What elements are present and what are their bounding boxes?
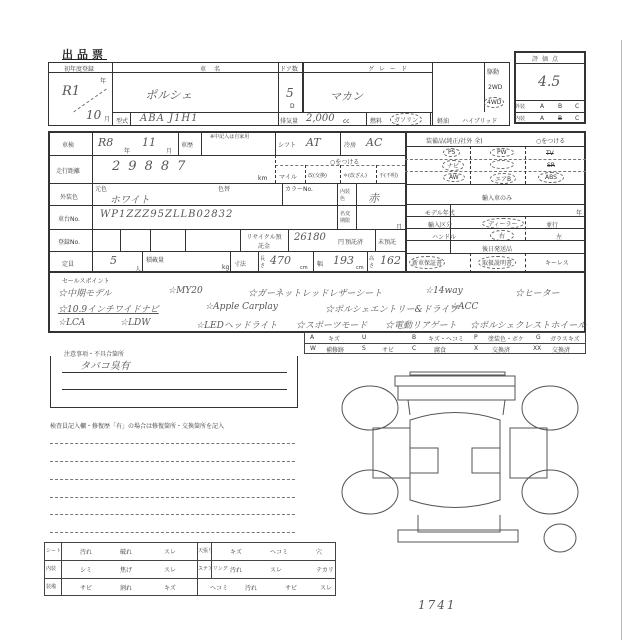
- dimensions-label: 寸法: [234, 259, 246, 268]
- interior-cell: スレ: [164, 547, 176, 556]
- legend-desc-x: 交換済: [492, 345, 510, 354]
- interior-cell: 汚れ: [245, 583, 257, 592]
- interior-cell: キズ: [164, 583, 176, 592]
- drive-2wd: 2WD: [488, 84, 502, 91]
- doors-value: 5: [286, 86, 294, 100]
- legend-desc-a: キズ: [328, 334, 340, 343]
- interior-row-seat-label: シート: [46, 547, 61, 554]
- interior-cell: シミ: [80, 565, 92, 574]
- sales-point-14: ☆電動リアゲート: [385, 318, 457, 331]
- interior-cell: テカリ: [316, 565, 334, 574]
- year-label: 年: [100, 76, 106, 85]
- import-only-header: 輸入車のみ: [482, 193, 512, 202]
- interior-cell: スレ: [320, 583, 332, 592]
- ext-grade-c: C: [575, 103, 579, 110]
- legend-code-a: A: [310, 334, 314, 341]
- equip-abs: ABS: [538, 172, 564, 183]
- height-value: 162: [380, 254, 401, 267]
- exterior-color-value: ホワイト: [110, 191, 150, 206]
- sales-point-9: ☆ACC: [450, 302, 478, 312]
- accessory-manual-selected: 取扱説明書: [478, 256, 516, 269]
- sales-point-4: ☆14way: [425, 286, 463, 296]
- sales-point-12: ☆LEDヘッドライト: [196, 318, 278, 331]
- legend-desc-w: 補修跡: [326, 345, 344, 354]
- interior-row-trim-label: 内装: [46, 565, 56, 572]
- lot-number: 1741: [418, 598, 457, 612]
- height-label: 高さ: [369, 255, 375, 269]
- equipment-title: 装備品(純正/社外 全): [426, 136, 483, 145]
- sales-point-1: ☆中期モデル: [58, 286, 112, 299]
- legend-desc-g: ガラスキズ: [550, 334, 580, 343]
- name-change-label: 名変期限: [340, 210, 354, 224]
- int-grade-c: C: [575, 115, 579, 122]
- interior-cell: 破れ: [120, 547, 132, 556]
- color-no-label: カラーNo.: [285, 184, 313, 193]
- sales-point-10: ☆LCA: [58, 318, 85, 328]
- equip-airbag: エアB: [490, 173, 516, 184]
- car-name-value: ポルシェ: [145, 86, 192, 103]
- sales-point-5: ☆ヒーター: [515, 286, 560, 299]
- name-change-unit: 月: [396, 222, 402, 231]
- recycle-value: 26180: [294, 232, 326, 243]
- width-unit: cm: [356, 265, 364, 271]
- interior-color-label: 内装色: [340, 188, 354, 202]
- legend-desc-p: 塗装色・ボケ: [488, 334, 524, 343]
- interior-row-equipment-label: 装備: [46, 583, 56, 590]
- sales-point-6: ☆10.9インチワイドナビ: [58, 302, 159, 315]
- sales-point-3: ☆ガーネットレッドレザーシート: [248, 286, 382, 299]
- meter-replaced-option: 改(交換): [308, 172, 327, 179]
- interior-grade-label: 内装: [515, 115, 525, 122]
- interior-cell: ヘコミ: [210, 583, 228, 592]
- wheel-front-right-icon: [522, 386, 578, 430]
- equip-pw: PW: [490, 148, 514, 157]
- mile-option: マイル: [279, 172, 297, 181]
- load-label: 積載量: [146, 255, 164, 264]
- original-color-label: 元色: [95, 184, 107, 193]
- capacity-label: 定員: [62, 259, 74, 268]
- interior-cell: 穴: [316, 547, 322, 556]
- width-value: 193: [333, 254, 354, 267]
- inspector-note-label: 検査員記入欄・修復歴「有」の場合は修復箇所・交換箇所を記入: [50, 421, 224, 430]
- notes-value: タバコ臭有: [80, 357, 130, 372]
- accessory-keyless: キーレス: [545, 258, 569, 267]
- chassis-label: 車台No.: [58, 214, 80, 223]
- legend-code-g: G: [536, 334, 541, 341]
- exterior-color-label: 外装色: [60, 192, 78, 201]
- interior-cell: 汚れ: [230, 565, 242, 574]
- length-unit: cm: [300, 265, 308, 271]
- int-grade-b-selected: B: [558, 115, 562, 122]
- paint-type-label: 色替: [218, 184, 230, 193]
- legend-desc-xx: 交換済: [552, 345, 570, 354]
- interior-cell: ヘコミ: [270, 547, 288, 556]
- recycle-label: リサイクル預託金: [244, 232, 284, 250]
- legend-code-s: S: [362, 345, 366, 352]
- recycle-status-not-deposited: 未預託: [378, 237, 396, 246]
- legend-code-u: U: [362, 334, 366, 341]
- first-reg-month: 10: [86, 108, 101, 122]
- mileage-value: 29887: [112, 159, 193, 174]
- inspection-year-unit: 年: [124, 146, 130, 155]
- legend-code-c: C: [412, 345, 416, 352]
- equip-aw: AW: [443, 173, 465, 182]
- width-label: 幅: [317, 259, 323, 268]
- sales-point-8: ☆ポルシェエントリー&ドライブ: [325, 302, 458, 315]
- interior-row-steering-label: ステアリング: [198, 565, 228, 572]
- legend-code-xx: XX: [533, 345, 541, 352]
- score-label: 評価点: [532, 54, 562, 63]
- int-grade-a: A: [540, 115, 544, 122]
- length-label: 長さ: [260, 255, 266, 269]
- doors-unit: D: [290, 103, 295, 110]
- equip-tv: TV: [546, 150, 554, 157]
- model-label: 型式: [116, 116, 128, 125]
- capacity-unit: 人: [135, 264, 141, 273]
- interior-cell: 割れ: [120, 583, 132, 592]
- sales-point-11: ☆LDW: [120, 318, 151, 328]
- displacement-label: 排気量: [280, 116, 298, 125]
- drive-label: 駆動: [487, 67, 499, 76]
- car-damage-diagram: [310, 360, 585, 580]
- scan-edge: [621, 40, 622, 640]
- interior-cell: スレ: [270, 565, 282, 574]
- accessory-warranty-selected: 新車保証書: [409, 256, 445, 269]
- first-reg-year: R1: [62, 84, 80, 99]
- wheel-rear-left-icon: [342, 470, 398, 514]
- recycle-unit: 円: [338, 237, 344, 246]
- legend-desc-s: サビ: [382, 345, 394, 354]
- interior-cell: キズ: [230, 547, 242, 556]
- meter-tampered-option: ＊(改ざん): [343, 172, 367, 179]
- exterior-grade-label: 外装: [515, 103, 525, 110]
- mileage-unit: km: [258, 175, 267, 182]
- inspection-value: R8: [98, 136, 113, 149]
- ext-grade-a: A: [540, 103, 544, 110]
- grade-drive-box: [302, 62, 510, 126]
- chassis-value: WP1ZZZ95ZLLB02832: [100, 209, 233, 220]
- inspection-month-unit: 月: [166, 146, 172, 155]
- roof-icon: [410, 413, 500, 508]
- shift-label: シフト: [278, 140, 296, 149]
- equip-sr: SR: [547, 162, 555, 169]
- ext-grade-b: B: [558, 103, 562, 110]
- sales-point-2: ☆MY20: [168, 286, 203, 296]
- accessories-header: 後日発送品: [482, 244, 512, 253]
- ac-value: AC: [366, 136, 382, 149]
- spare-wheel-icon: [544, 524, 576, 552]
- month-label: 月: [104, 114, 110, 123]
- ac-label: 冷房: [344, 140, 356, 149]
- car-name-label: 車名: [200, 64, 228, 73]
- sales-point-7: ☆Apple Carplay: [205, 302, 278, 312]
- interior-color-value: 赤: [368, 190, 379, 206]
- legend-code-x: X: [474, 345, 478, 352]
- inspection-month: 11: [142, 136, 156, 149]
- registration-label: 登録No.: [58, 237, 80, 246]
- interior-cell: スレ: [164, 565, 176, 574]
- wheel-rear-right-icon: [522, 470, 578, 514]
- wheel-front-left-icon: [342, 386, 398, 430]
- interior-cell: サビ: [80, 583, 92, 592]
- sales-point-15: ☆ポルシェクレストホイール: [470, 318, 586, 331]
- meter-unknown-option: 不(不明): [379, 172, 398, 179]
- legend-code-b: B: [412, 334, 416, 341]
- interior-cell: サビ: [285, 583, 297, 592]
- equip-navi: ナビ: [442, 160, 464, 171]
- interior-cell: 焦げ: [120, 565, 132, 574]
- sales-point-13: ☆スポーツモード: [296, 318, 367, 331]
- front-bumper-icon: [395, 372, 515, 386]
- interior-row-ceiling-label: 天張り: [198, 547, 213, 554]
- doors-label: ドア数: [280, 64, 298, 73]
- recycle-status-deposited: 預託済: [345, 237, 363, 246]
- capacity-value: 5: [110, 254, 117, 267]
- legend-code-p: P: [474, 334, 478, 341]
- sales-points-label: セールスポイント: [62, 276, 109, 285]
- equipment-mark-note: ○をつける: [536, 136, 565, 145]
- sheet-title: 出品票: [62, 46, 107, 62]
- history-label: 車歴: [181, 140, 193, 149]
- length-value: 470: [270, 254, 291, 267]
- legend-desc-c: 腐食: [434, 345, 446, 354]
- shift-value: AT: [306, 136, 321, 149]
- inspection-label: 車検: [62, 140, 74, 149]
- legend-desc-b: キズ・ヘコミ: [428, 334, 464, 343]
- legend-code-w: W: [310, 345, 316, 352]
- equip-sr-mark: [490, 160, 514, 169]
- load-unit: kg: [222, 264, 229, 271]
- interior-cell: 汚れ: [80, 547, 92, 556]
- score-value: 4.5: [538, 74, 560, 90]
- model-value: ABA J1H1: [140, 113, 198, 124]
- mileage-label: 走行距離: [56, 166, 80, 175]
- history-note: ※中記入は自家用: [210, 133, 249, 140]
